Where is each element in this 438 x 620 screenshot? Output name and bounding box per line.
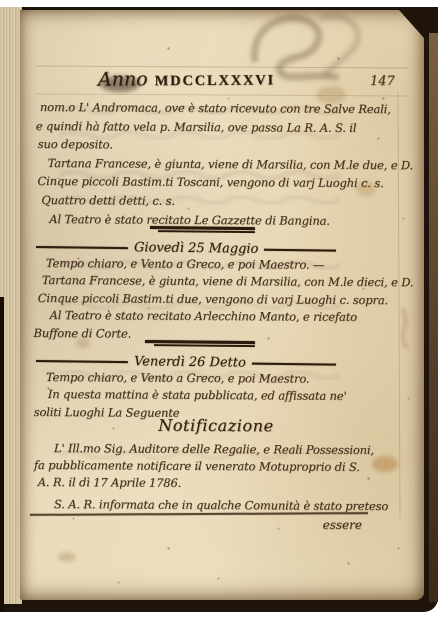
manuscript-line: Tartana Francese, è giunta, viene di Mar…: [42, 272, 392, 292]
notification-body: L' Ill.mo Sig. Auditore delle Regalie, e…: [40, 440, 392, 493]
manuscript-line: In questa mattina è stata pubblicata, ed…: [48, 386, 392, 406]
manuscript-line: L' Ill.mo Sig. Auditore delle Regalie, e…: [54, 440, 392, 459]
entry-continuation: nom.o L' Andromaca, ove è stato ricevuto…: [39, 98, 392, 230]
page-content: AnnoMDCCLXXXVI 147 nom.o L' Andromaca, o…: [20, 10, 424, 600]
section-divider: [145, 340, 255, 347]
manuscript-line: Al Teatro è stato recitato Arlecchino Ma…: [50, 307, 392, 326]
anno-label: Anno: [98, 68, 148, 90]
manuscript-line: Tempo chiaro, e Vento a Greco, e poi Mae…: [46, 255, 392, 275]
manuscript-line: Tartana Francese, è giunta, viene di Mar…: [48, 154, 392, 175]
section-divider: [150, 226, 255, 233]
heading-rule-right: [264, 248, 336, 251]
heading-rule-left: [36, 360, 128, 363]
manuscript-page: AnnoMDCCLXXXVI 147 nom.o L' Andromaca, o…: [20, 10, 424, 600]
year-title: AnnoMDCCLXXXVI: [98, 67, 275, 90]
manuscript-line: fa pubblicamente notificare il venerato …: [34, 457, 392, 476]
notification-heading: Notificazione: [40, 415, 392, 436]
manuscript-line: A. R. il dì 17 Aprile 1786.: [38, 474, 392, 493]
date-heading-text: Venerdì 26 Detto: [134, 354, 246, 370]
heading-rule-right: [252, 362, 336, 365]
manuscript-line: Cinque piccoli Bastim.ti due, vengono di…: [38, 290, 392, 310]
fore-edge: [429, 33, 438, 602]
folio-number: 147: [370, 74, 395, 89]
year-roman: MDCCLXXXVI: [155, 72, 275, 89]
catchword: essere: [40, 518, 362, 532]
page-header: AnnoMDCCLXXXVI 147: [40, 68, 392, 100]
manuscript-line: e quindi hà fatto vela p. Marsilia, ove …: [36, 117, 392, 138]
manuscript-line: Cinque piccoli Bastim.ti Toscani, vengon…: [37, 172, 391, 193]
entry-25-maggio: Tempo chiaro, e Vento a Greco, e poi Mae…: [39, 255, 392, 344]
manuscript-line: Quattro detti detti, c. s.: [41, 191, 391, 212]
manuscript-line: Tempo chiaro, e Vento a Greco, e poi Mae…: [46, 369, 392, 389]
manuscript-line: suo deposito.: [38, 135, 392, 156]
spine-shadow: [0, 297, 4, 612]
book: AnnoMDCCLXXXVI 147 nom.o L' Andromaca, o…: [0, 7, 438, 612]
manuscript-line: nom.o L' Andromaca, ove è stato ricevuto…: [40, 98, 392, 119]
manuscript-scan: AnnoMDCCLXXXVI 147 nom.o L' Andromaca, o…: [0, 0, 438, 620]
heading-rule-left: [36, 246, 128, 249]
date-heading-text: Giovedì 25 Maggio: [134, 240, 259, 257]
